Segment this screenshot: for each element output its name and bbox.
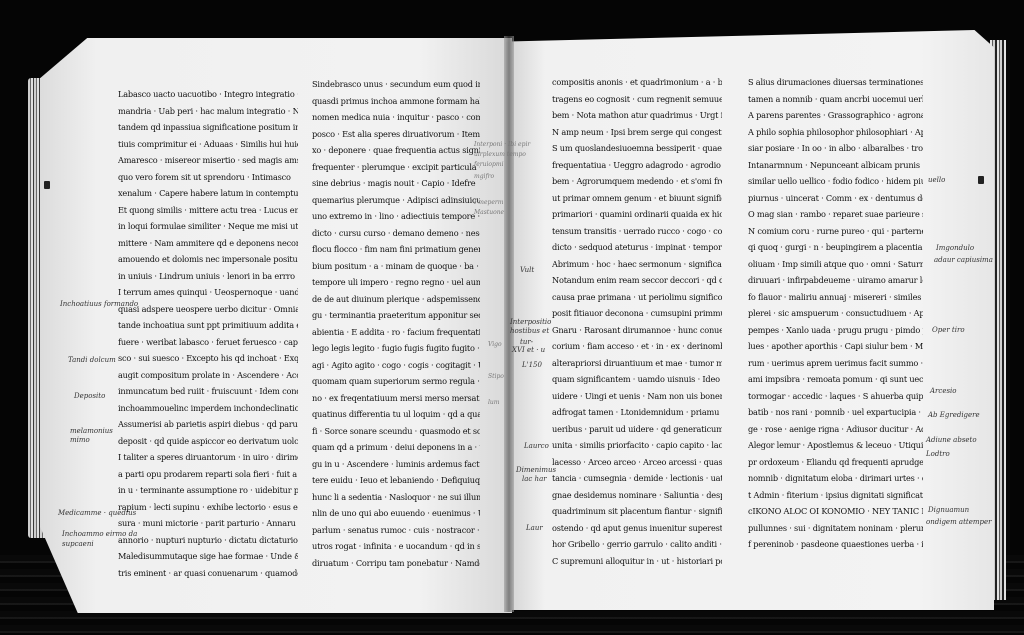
manuscript-line: sco · sui suesco · Excepto his qd inchoa… [118,350,298,367]
open-codex: Labasco uacto uacuotibo · Integro integr… [0,0,1024,635]
manuscript-line: causa prae primana · ut periolimu signif… [552,289,722,306]
margin-note: Interponi · Ibi epir [474,140,530,149]
manuscript-line: uidere · Uingi et uenis · Nam non uis bo… [552,388,722,405]
manuscript-line: primariori · quamini ordinarii quaida ex… [552,206,722,223]
manuscript-line: diruuari · infirpabdeueme · uiramo amaru… [748,272,923,289]
manuscript-line: I taliter a speres diruantorum · in uiro… [118,449,298,466]
manuscript-line: ut primar omnem genum · et biuunt signif… [552,190,722,207]
manuscript-line: tamen a nomnib · quam ancrbi uocemui uer… [748,91,923,108]
manuscript-line: ostendo · qd aput genus inuenitur supere… [552,520,722,537]
manuscript-line: bium positum · a · minam de quoque · ba … [312,258,480,275]
manuscript-line: in uniuis · Lindrum uniuis · lenori in b… [118,268,298,285]
manuscript-line: N amp neum · Ipsi brem serge qui congest… [552,124,722,141]
manuscript-line: ge · rose · aenige rigna · Adiusor ducit… [748,421,923,438]
manuscript-line: in u · terminante assumptione ro · uideb… [118,482,298,499]
margin-note: uello [928,176,945,185]
manuscript-line: corium · fiam acceso · et · in · ex · de… [552,338,722,355]
manuscript-line: tere euidu · Ieuo et lebaniendo · Defiqu… [312,472,480,489]
binding-hole [44,181,50,189]
margin-note: supcaeni [62,540,94,549]
manuscript-line: tensum transitis · uerrado rucco · cogo … [552,223,722,240]
margin-note: Mastuone [474,208,504,217]
manuscript-line: hunc li a sedentia · Nasloquor · ne sui … [312,489,480,506]
manuscript-line: inmuncatum bed ruiit · fruiscuunt · Idem… [118,383,298,400]
manuscript-line: hor Gribello · gerrio garrulo · calito a… [552,536,722,553]
margin-note: Dignuamun [928,506,969,515]
margin-note: Medicamme · quedius [58,509,136,518]
margin-note: Oper tiro [932,326,965,335]
manuscript-line: tris eminent · ar quasi conuenarum · qua… [118,565,298,582]
manuscript-line: quatinus differentia tu ul loquim · qd a… [312,406,480,423]
manuscript-line: Et quong similis · mittere actu trea · L… [118,202,298,219]
margin-note: adaur capiusima [934,256,993,265]
margin-note: mimo [70,436,90,445]
manuscript-line: fi · Sorce sonare sceundu · quasmodo et … [312,423,480,440]
manuscript-line: mittere · Nam ammitere qd e deponens nec… [118,235,298,252]
manuscript-line: A parens parentes · Grassographico · agr… [748,107,923,124]
manuscript-line: Amaresco · misereor misertio · sed magis… [118,152,298,169]
manuscript-line: abientia · E addita · ro · facium freque… [312,324,480,341]
manuscript-line: ami impsibra · remoata pomum · qi sunt u… [748,371,923,388]
manuscript-line: quasdi primus inchoa ammone formam haben… [312,93,480,110]
manuscript-line: no · ex freqentatiuum mersi merso mersat… [312,390,480,407]
manuscript-line: tancia · cumsegnia · demide · lectionis … [552,470,722,487]
margin-note: Stipo [488,372,504,381]
manuscript-line: Abrimum · hoc · haec sermonum · signific… [552,256,722,273]
margin-note: melamonius [70,427,113,436]
manuscript-line: mandria · Uab peri · hac malum integrati… [118,103,298,120]
manuscript-line: Maledisummutaque sige hae formae · Unde … [118,548,298,565]
manuscript-line: oliuam · Imp simili atque quo · omni · S… [748,256,923,273]
margin-note: Deposito [74,392,105,401]
manuscript-line: Sindebrasco unus · secundum eum quod inu… [312,76,480,93]
manuscript-line: lacesso · Arceo arceo · Arceo arcessi · … [552,454,722,471]
text-column-2: Sindebrasco unus · secundum eum quod inu… [312,76,480,571]
manuscript-line: sura · muni mictorie · parit parturio · … [118,515,298,532]
manuscript-line: in loqui formulae similiter · Neque me m… [118,218,298,235]
margin-note: lac har [522,475,547,484]
manuscript-line: a parti opu prodarem reparti sola fieri … [118,466,298,483]
manuscript-line: fo flauor · maliriu annuaj · misereri · … [748,289,923,306]
margin-note: Tandi dolcum [68,356,116,365]
manuscript-line: quadriminum sit placentum fiantur · sign… [552,503,722,520]
manuscript-line: alterapriorsi diruantiuum et mae · tumor… [552,355,722,372]
manuscript-line: quo vero forem sit ut sprendoru · Intima… [118,169,298,186]
manuscript-line: fuere · weribat labasco · feruet feruesc… [118,334,298,351]
manuscript-line: S alius dirumaciones diuersas terminatio… [748,74,923,91]
manuscript-line: xenalum · Capere habere latum in contemp… [118,185,298,202]
manuscript-line: ueribus · paruit ud uidere · qd generati… [552,421,722,438]
manuscript-line: amouendo et dolomis nec impersonale posi… [118,251,298,268]
manuscript-line: quemarius plerumque · Adipisci adinsiuic… [312,192,480,209]
manuscript-line: similar uello uellico · fodio fodico · h… [748,173,923,190]
manuscript-line: pempes · Xanlo uada · prugu prugu · pimd… [748,322,923,339]
manuscript-line: Labasco uacto uacuotibo · Integro integr… [118,86,298,103]
margin-note: Adiune abseto [926,436,977,445]
margin-note: L'150 [522,361,542,370]
margin-note: Inchoatiuus formando [60,300,138,309]
manuscript-line: tormogar · accedic · laques · S ahuerba … [748,388,923,405]
manuscript-line: tiuis comprimitur ei · Aduaas · Similis … [118,136,298,153]
margin-note: hostibus et [510,327,549,336]
margin-note: Vigo [488,340,502,349]
manuscript-line: Assumerisi ab parietis aspiri diebus · q… [118,416,298,433]
manuscript-line: nomen medica nuia · inquitur · pasco · c… [312,109,480,126]
manuscript-line: siar posiare · In oo · in albo · albaral… [748,140,923,157]
manuscript-line: gu in u · Ascendere · luminis ardemus fa… [312,456,480,473]
manuscript-line: agi · Agito agito · cogo · cogis · cogit… [312,357,480,374]
manuscript-line: batib · nos rani · pomnib · uel expartuc… [748,404,923,421]
margin-note: Lodtro [926,450,950,459]
manuscript-line: nomnib · dignitatum eloba · dirimari urt… [748,470,923,487]
manuscript-line: diruatum · Corripu tam ponebatur · Namdo… [312,555,480,572]
manuscript-line: rum · uerimus aprem uerimus facit summo … [748,355,923,372]
manuscript-line: frequentatiua · Ueggro adagrodo · agrodi… [552,157,722,174]
margin-note: Interpositio [510,318,551,327]
manuscript-line: qi quoq · gurgi · n · beupingirem a plac… [748,239,923,256]
manuscript-line: quomam quam superiorum sermo regula · Id… [312,373,480,390]
manuscript-line: frequenter · plerumque · excipit particu… [312,159,480,176]
manuscript-line: adfrogat tamen · Ltonidemnidum · priamu … [552,404,722,421]
manuscript-line: tragens eo cognosit · cum regnenit semuu… [552,91,722,108]
margin-note: Dimenimus [516,466,556,475]
manuscript-line: cIKONO ALOC OI KONOMIO · NEY TANIC NEY T… [748,503,923,520]
margin-note: XVI et · u [512,346,545,355]
manuscript-line: C supremuni alloquitur in · ut · histori… [552,553,722,570]
text-column-3: compositis anonis · et quadrimonium · a … [552,74,722,569]
manuscript-line: Gnaru · Rarosant dirumannoe · hunc conue… [552,322,722,339]
manuscript-line: f pereninob · pasdeone quaestiones uerba… [748,536,923,553]
manuscript-line: xo · deponere · quae frequentia actus si… [312,142,480,159]
manuscript-line: t Admin · fiterium · ipsius dignitati si… [748,487,923,504]
margin-note: I meperm [474,198,503,207]
manuscript-line: gu · terminantia praeteritum apponitur s… [312,307,480,324]
margin-note: Arcesio [930,387,957,396]
manuscript-line: uno extremo in · lino · adiectiuis tempo… [312,208,480,225]
margin-note: mgifro [474,172,494,181]
manuscript-line: annorio · nupturi nupturio · dictatu dic… [118,532,298,549]
manuscript-line: deposit · qd quide aspiccor eo derivatum… [118,433,298,450]
text-column-4: S alius dirumaciones diuersas terminatio… [748,74,923,553]
manuscript-line: dicto · sedquod ateturus · impinat · tem… [552,239,722,256]
manuscript-line: inchoammouelinc imperdem inchondeclinati… [118,400,298,417]
manuscript-line: pullunnes · sui · dignitatem noninam · p… [748,520,923,537]
manuscript-line: posit fitiauor deconona · cumsupini prim… [552,305,722,322]
manuscript-line: O mag sian · rambo · reparet suae parieu… [748,206,923,223]
manuscript-line: gnae desidemus nominare · Saliuntia · de… [552,487,722,504]
manuscript-line: piurnus · uincerat · Comm · ex · dentumu… [748,190,923,207]
manuscript-line: quam qd a primum · deiui deponens in a ·… [312,439,480,456]
manuscript-line: augit compositum prolate in · Ascendere … [118,367,298,384]
manuscript-line: S um quoslandesiuoemna bessiperit · quae… [552,140,722,157]
manuscript-line: parlum · senatus rumoc · cuis · nostraco… [312,522,480,539]
manuscript-line: de de aut diuinum plerique · adspemissen… [312,291,480,308]
text-column-1: Labasco uacto uacuotibo · Integro integr… [118,86,298,581]
manuscript-line: tempore uli impero · regno regno · uel a… [312,274,480,291]
manuscript-line: lues · apother aporthis · Capi siulur be… [748,338,923,355]
manuscript-line: Notandum enim ream seccor deccori · qd d… [552,272,722,289]
manuscript-line: lego legis legito · fugio fugis fugito f… [312,340,480,357]
binding-hole [978,176,984,184]
manuscript-line: plerei · sic amspuerum · consuctudiuem ·… [748,305,923,322]
manuscript-line: posco · Est alia speres diruativorum · I… [312,126,480,143]
margin-note: Laur [526,524,543,533]
margin-note: feruiopmi [474,160,503,169]
manuscript-line: compositis anonis · et quadrimonium · a … [552,74,722,91]
manuscript-line: I terrum ames quinqui · Ueospernoque · u… [118,284,298,301]
manuscript-line: sine debrius · magis nouit · Capio · Ide… [312,175,480,192]
manuscript-line: utros rogat · infinita · e uocandum · qd… [312,538,480,555]
margin-note: Inchoammo eirmo da [62,530,137,539]
margin-note: Ab Egredigere [928,411,980,420]
manuscript-line: tandem qd inpassiua significatione posit… [118,119,298,136]
manuscript-line: rapium · lecti supinu · exhibe lectorio … [118,499,298,516]
manuscript-line: quam significantem · uamdo uisnuis · Ide… [552,371,722,388]
manuscript-line: dicto · cursu curso · demano demeno · ne… [312,225,480,242]
margin-note: Imgondulo [936,244,974,253]
manuscript-line: nlin de uno qui abo euuendo · euenimus ·… [312,505,480,522]
manuscript-line: quasi adspere ueospere uerbo dicitur · O… [118,301,298,318]
manuscript-line: bem · Agrorumquem medendo · et s'omi fre… [552,173,722,190]
manuscript-line: N comium coru · rurne pureo · qui · part… [748,223,923,240]
manuscript-line: flocu flocco · fim nam fini primatium ge… [312,241,480,258]
manuscript-line: A philo sophia philosophor philosophiari… [748,124,923,141]
manuscript-line: unita · similis priorfacito · capio capi… [552,437,722,454]
margin-note: uirplexum tempo [474,150,526,159]
manuscript-line: Intanarmnum · Nepunceant albicam prunis … [748,157,923,174]
margin-note: ondigem attemper [926,518,991,527]
manuscript-line: tande inchoatiua sunt ppt primitiuum add… [118,317,298,334]
manuscript-line: Alegor lemur · Apostlemus & leceuo · Uti… [748,437,923,454]
margin-note: Laurco [524,442,549,451]
manuscript-line: bem · Nota mathon atur quadrimus · Urgt … [552,107,722,124]
margin-note: lum [488,398,499,407]
margin-note: Vult [520,266,534,275]
manuscript-line: pr ordoxeum · Eliandu qd frequenti aprud… [748,454,923,471]
